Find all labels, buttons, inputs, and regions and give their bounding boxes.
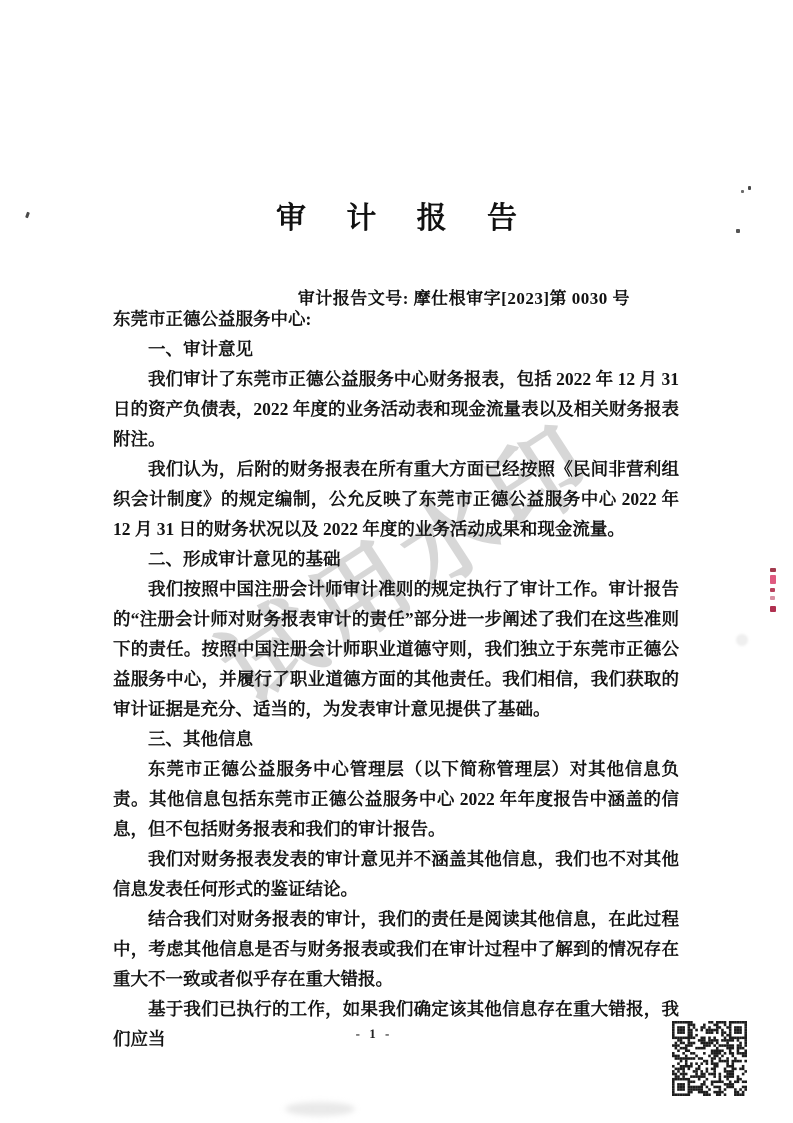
document-page: 试用水印 审 计 报 告 审计报告文号: 摩仕根审字[2023]第 0030 号… [0, 0, 793, 1123]
paragraph: 我们认为，后附的财务报表在所有重大方面已经按照《民间非营利组织会计制度》的规定编… [113, 454, 679, 544]
red-edge-mark [770, 606, 776, 612]
addressee: 东莞市正德公益服务中心: [113, 304, 679, 334]
report-body: 东莞市正德公益服务中心: 一、审计意见 我们审计了东莞市正德公益服务中心财务报表… [113, 304, 679, 1054]
paragraph: 我们审计了东莞市正德公益服务中心财务报表，包括 2022 年 12 月 31 日… [113, 364, 679, 454]
section-heading-basis: 二、形成审计意见的基础 [113, 544, 679, 574]
red-edge-mark [770, 568, 776, 572]
red-edge-mark [770, 575, 776, 584]
red-edge-mark [770, 596, 775, 600]
paragraph: 东莞市正德公益服务中心管理层（以下简称管理层）对其他信息负责。其他信息包括东莞市… [113, 754, 679, 844]
page-number: - 1 - [0, 1026, 748, 1042]
scan-faint-dot [736, 634, 748, 646]
page-title: 审 计 报 告 [0, 193, 793, 237]
scan-speck [736, 229, 740, 233]
qr-code [672, 1021, 747, 1096]
scan-smudge [285, 1102, 355, 1116]
paragraph: 我们按照中国注册会计师审计准则的规定执行了审计工作。审计报告的“注册会计师对财务… [113, 574, 679, 724]
paragraph: 结合我们对财务报表的审计，我们的责任是阅读其他信息，在此过程中，考虑其他信息是否… [113, 904, 679, 994]
paragraph: 基于我们已执行的工作，如果我们确定该其他信息存在重大错报，我们应当 [113, 994, 679, 1054]
paragraph: 我们对财务报表发表的审计意见并不涵盖其他信息，我们也不对其他信息发表任何形式的鉴… [113, 844, 679, 904]
scan-speck [741, 190, 744, 193]
red-edge-mark [770, 588, 775, 592]
section-heading-opinion: 一、审计意见 [113, 334, 679, 364]
section-heading-other-info: 三、其他信息 [113, 724, 679, 754]
scan-speck [748, 186, 751, 190]
